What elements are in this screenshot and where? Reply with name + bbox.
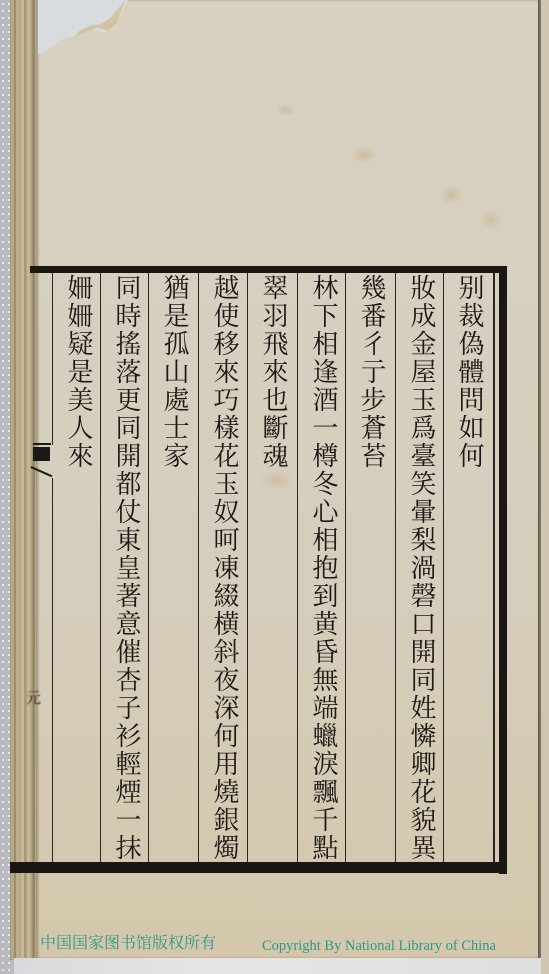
text-column-9: 姍姍疑是美人來 — [53, 274, 102, 864]
frame-right-border — [499, 266, 507, 874]
text-column-7: 猶是孤山處士家 — [149, 274, 198, 864]
text-column-3: 幾番彳亍步蒼苔 — [346, 274, 395, 864]
watermark-chinese: 中国国家图书馆版权所有 — [40, 930, 216, 953]
fish-tail-mark — [33, 447, 50, 461]
underlying-pages — [14, 958, 541, 974]
text-column-1: 别裁偽體問如何 — [444, 274, 493, 864]
frame-top-border — [30, 266, 507, 273]
page-right-edge — [538, 0, 541, 958]
text-column-2: 妝成金屋玉爲臺笑暈梨渦磬口開同姓憐卿花貌異 — [396, 274, 445, 864]
text-column-5: 翠羽飛來也斷魂 — [248, 274, 297, 864]
watermark-english: Copyright By National Library of China — [262, 938, 496, 955]
text-column-8: 同時搖落更同開都仗東皇著意催杏子衫輕煙一抹 — [101, 274, 150, 864]
fish-tail-rule — [33, 443, 51, 445]
text-column-6: 越使移來巧樣花玉奴呵凍綴横斜夜深何用燒銀燭 — [199, 274, 248, 864]
text-column-4: 林下相逢酒一樽冬心相抱到黄昏無端蠟淚飄千點 — [298, 274, 347, 864]
folio-mark: 元 — [24, 690, 44, 705]
adjacent-page-strip — [541, 0, 549, 974]
book-page-edges — [10, 0, 37, 960]
frame-inner-rule — [493, 273, 495, 862]
